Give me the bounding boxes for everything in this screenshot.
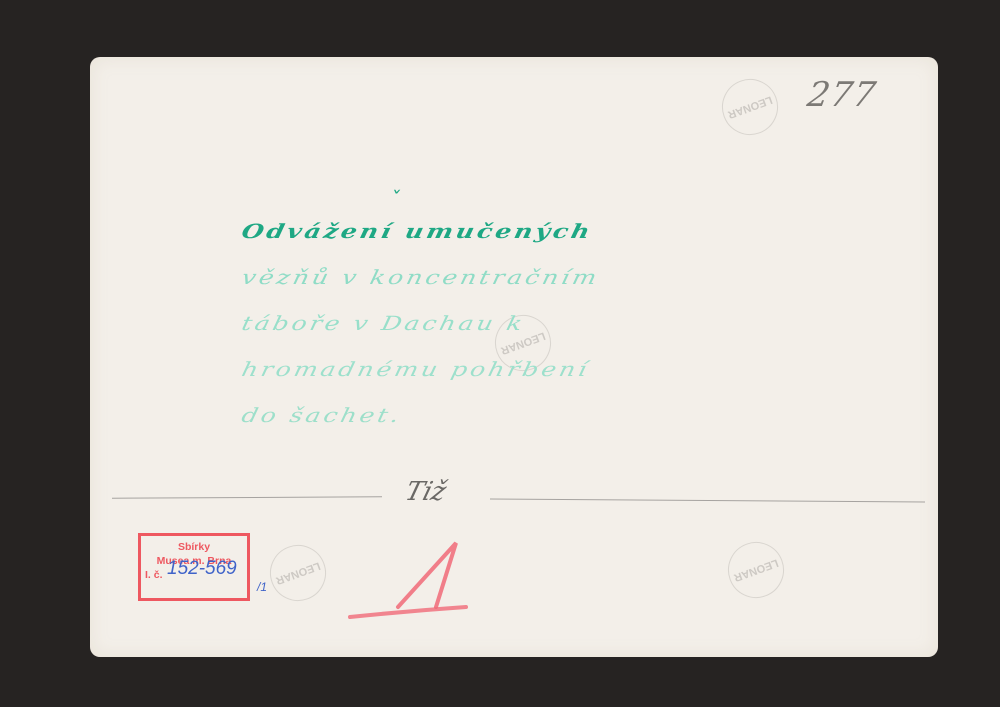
museum-stamp: Sbírky Musea m. Brna I. č. 152-569 /1 xyxy=(138,533,250,601)
caption-line: hromadnému pohřbení xyxy=(240,358,592,381)
pencil-rule-right xyxy=(490,498,925,502)
caron-mark: ˇ xyxy=(390,187,400,211)
stamp-label: I. č. xyxy=(145,569,163,581)
red-pencil-one-mark xyxy=(348,535,468,625)
inventory-number: 152-569 xyxy=(167,562,237,576)
leonar-watermark: LEONAR xyxy=(720,534,792,606)
archive-number: 277 xyxy=(804,75,879,115)
stamp-line-1: Sbírky xyxy=(141,540,247,554)
leonar-watermark: LEONAR xyxy=(262,537,334,609)
caption-line: do šachet. xyxy=(240,404,404,427)
photo-card-back: LEONAR LEONAR LEONAR LEONAR 277 ˇ Odváže… xyxy=(90,57,938,657)
pencil-mark: Tiž xyxy=(402,477,449,507)
pencil-rule-left xyxy=(112,496,382,498)
caption-line: táboře v Dachau k xyxy=(240,312,528,335)
stamp-line-3: I. č. 152-569 /1 xyxy=(141,568,247,582)
leonar-watermark: LEONAR xyxy=(714,71,786,143)
caption-line: Odvážení umučených xyxy=(240,220,595,243)
caption-line: vězňů v koncentračním xyxy=(240,266,602,289)
inventory-suffix: /1 xyxy=(257,580,267,594)
